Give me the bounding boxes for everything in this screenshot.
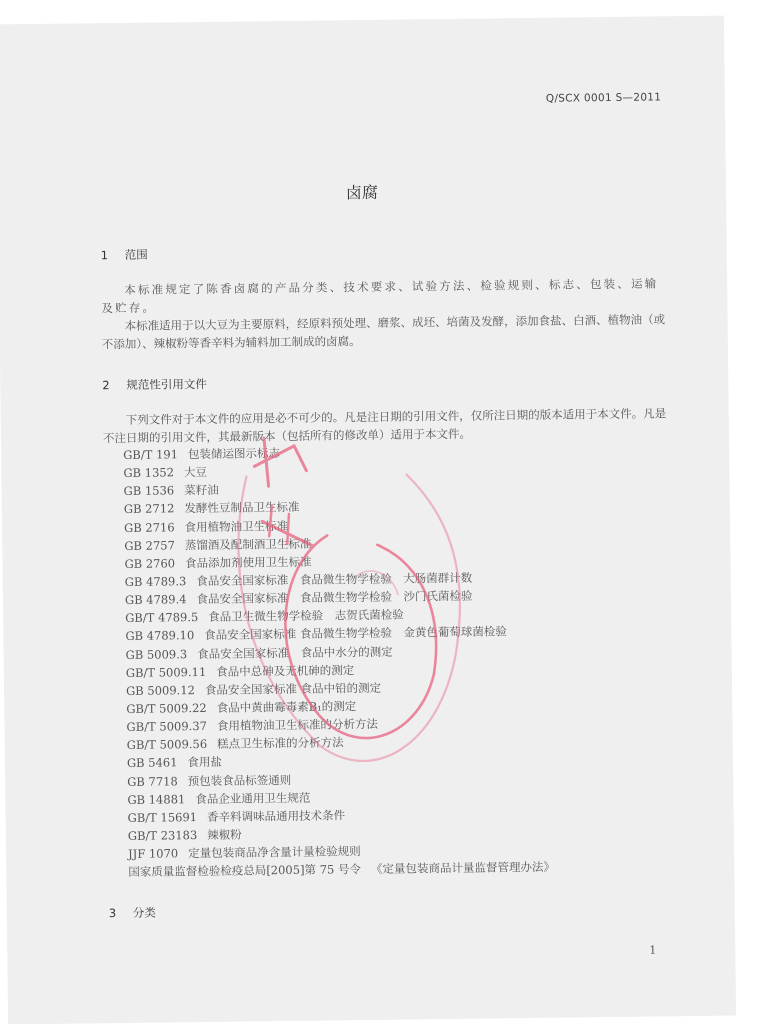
section-title: 分类 [133,906,156,920]
reference-code: GB/T 5009.11 [126,665,207,680]
reference-title: 食品安全国家标准 食品中水分的测定 [197,644,393,660]
reference-title: 大豆 [184,465,207,479]
reference-code: GB 5009.12 [126,683,195,698]
section-number: 3 [109,906,133,920]
reference-title: 食用植物油卫生标准的分析方法 [217,717,378,733]
references-intro-paragraph: 下列文件对于本文件的应用是必不可少的。凡是注日期的引用文件，仅所注日期的版本适用… [103,404,668,447]
document-code: Q/SCX 0001 S—2011 [546,91,662,104]
reference-code: GB 2760 [124,556,175,571]
reference-title: 食品添加剂使用卫生标准 [185,555,312,571]
reference-title: 香辛料调味品通用技术条件 [207,808,345,824]
section-2-heading: 2规范性引用文件 [102,376,207,393]
reference-code: GB/T 5009.56 [127,737,208,752]
reference-title: 定量包装商品净含量计量检验规则 [188,844,361,860]
section-3-heading: 3分类 [109,905,156,922]
reference-title: 食品中总砷及无机砷的测定 [216,663,354,679]
reference-code: GB 1352 [123,465,174,480]
reference-title: 糕点卫生标准的分析方法 [217,736,344,752]
reference-code: GB/T 5009.37 [126,719,207,734]
reference-code: GB 2712 [124,502,175,517]
reference-code: GB 7718 [127,774,178,789]
section-title: 范围 [125,248,148,262]
reference-code: 国家质量监督检验检疫总局[2005]第 75 号令 [128,862,361,879]
reference-code: JJF 1070 [128,846,178,861]
section-title: 规范性引用文件 [126,377,207,392]
normative-references-list: GB/T 191包装储运图示标志 GB 1352大豆 GB 1536菜籽油 GB… [123,442,555,883]
reference-code: GB/T 191 [123,447,178,462]
reference-code: GB 4789.10 [125,629,194,644]
section-1-heading: 1范围 [101,247,148,264]
reference-item: 国家质量监督检验检疫总局[2005]第 75 号令《定量包装商品计量监督管理办法… [128,859,555,882]
reference-code: GB 5009.3 [126,647,188,662]
reference-title: 食品安全国家标准 食品微生物学检验 金黄色葡萄球菌检验 [204,625,507,643]
reference-code: GB/T 5009.22 [126,701,207,716]
reference-title: 包装储运图示标志 [188,446,280,461]
reference-title: 食品卫生微生物学检验 志贺氏菌检验 [208,608,404,624]
reference-title: 食品安全国家标准 食品微生物学检验 沙门氏菌检验 [196,589,472,606]
reference-code: GB/T 15691 [128,810,198,825]
section-number: 2 [102,378,126,392]
reference-title: 《定量包装商品计量监督管理办法》 [371,860,555,876]
page-number: 1 [649,943,656,956]
reference-code: GB/T 4789.5 [125,610,198,625]
reference-title: 食品安全国家标准 食品微生物学检验 大肠菌群计数 [196,571,472,588]
reference-title: 蒸馏酒及配制酒卫生标准 [185,536,312,552]
reference-code: GB 4789.3 [125,574,187,589]
reference-title: 预包装食品标签通则 [188,772,292,787]
reference-code: GB/T 23183 [128,828,198,843]
scope-paragraph-2: 本标准适用于以大豆为主要原料，经原料预处理、磨浆、成坯、培菌及发酵，添加食盐、白… [102,310,667,353]
reference-title: 菜籽油 [184,483,219,497]
reference-title: 食品企业通用卫生规范 [195,790,310,805]
reference-title: 食品中黄曲霉毒素B₁的测定 [217,699,357,715]
reference-code: GB 14881 [127,792,185,807]
reference-title: 食用植物油卫生标准 [185,519,289,534]
reference-code: GB 5461 [127,756,178,771]
reference-code: GB 2757 [124,538,175,553]
section-number: 1 [101,248,125,262]
reference-code: GB 4789.4 [125,592,187,607]
reference-title: 发酵性豆制品卫生标准 [184,500,299,515]
reference-title: 食用盐 [187,755,222,769]
document-page: Q/SCX 0001 S—2011 卤腐 1范围 本标准规定了陈香卤腐的产品分类… [0,16,736,1024]
reference-code: GB 2716 [124,520,175,535]
reference-title: 食品安全国家标准 食品中铅的测定 [205,681,381,697]
document-title: 卤腐 [0,176,726,208]
reference-code: GB 1536 [124,484,175,499]
reference-title: 辣椒粉 [207,827,242,841]
